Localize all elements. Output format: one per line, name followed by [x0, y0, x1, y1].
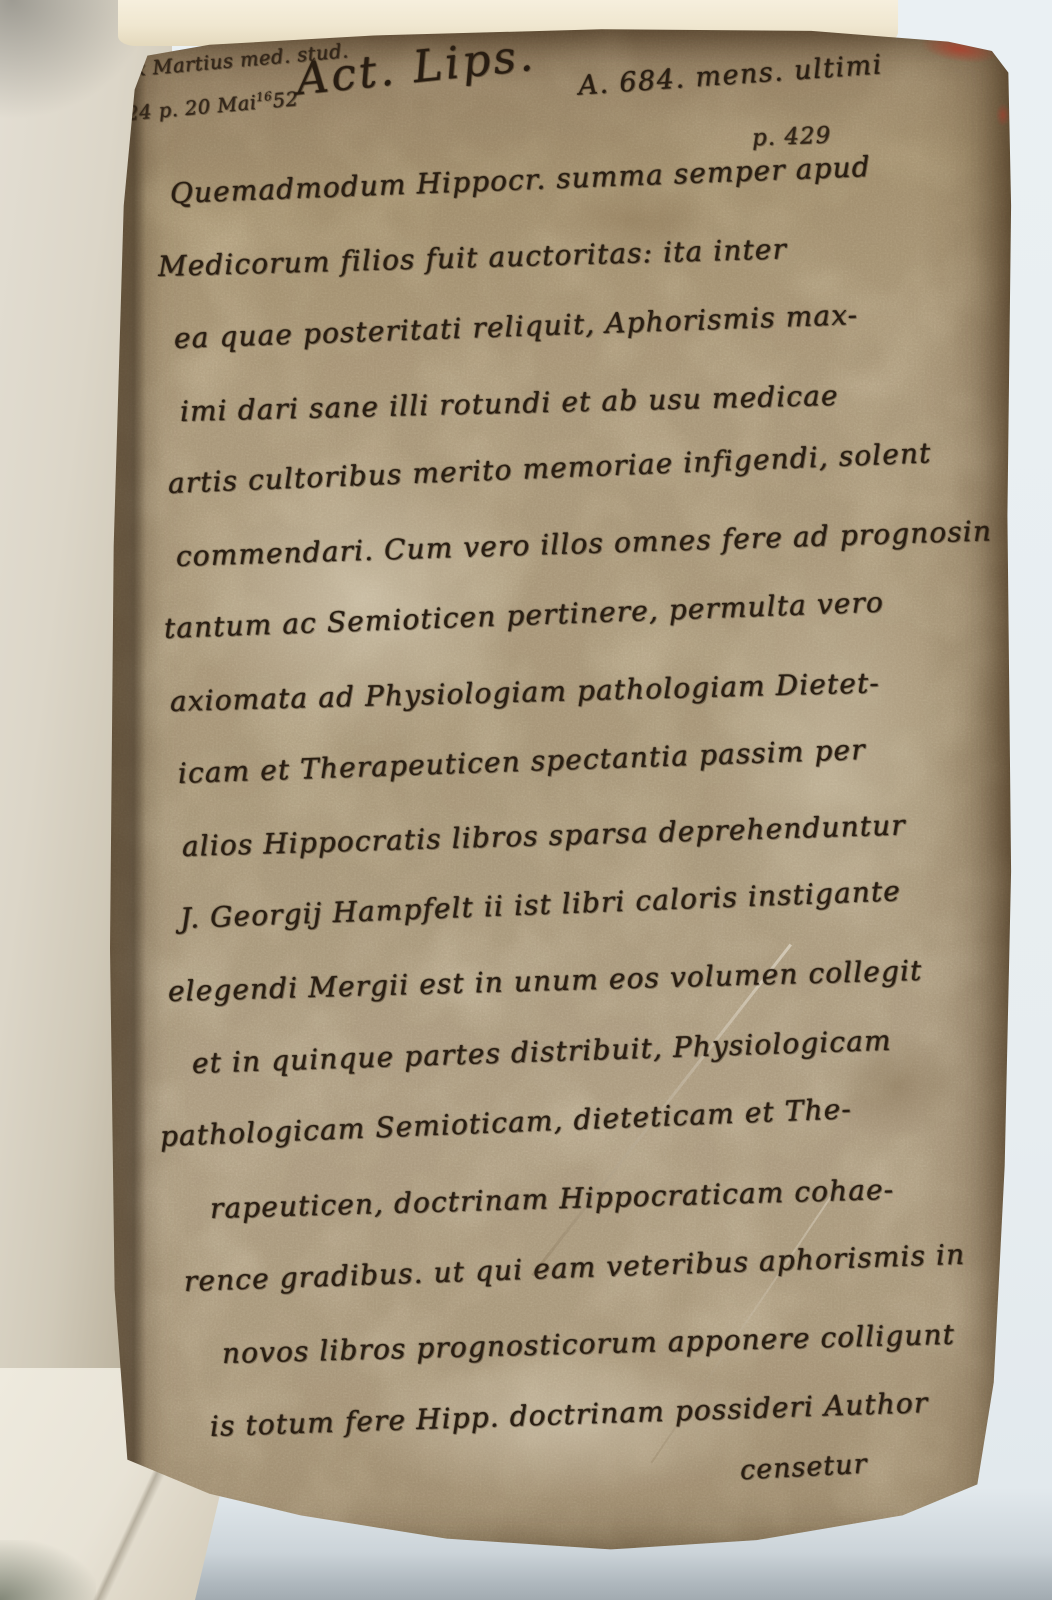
red-ink-dot: [996, 104, 1010, 126]
header-date: A. 684. mens. ultimi: [577, 49, 884, 101]
body-text: Quemadmodum Hippocr. summa semper apudMe…: [158, 158, 978, 1463]
manuscript-page: ex Martius med. stud. 24 p. 20 Mai1652 A…: [100, 20, 1012, 1568]
closing-word: censetur: [739, 1449, 868, 1487]
binding-bottom-shadow: [0, 1540, 96, 1600]
photo-of-manuscript: { "document": { "kind": "photograph of a…: [0, 0, 1052, 1600]
red-ink-mark: [918, 30, 999, 68]
annotation-superscript: 16: [255, 89, 272, 104]
